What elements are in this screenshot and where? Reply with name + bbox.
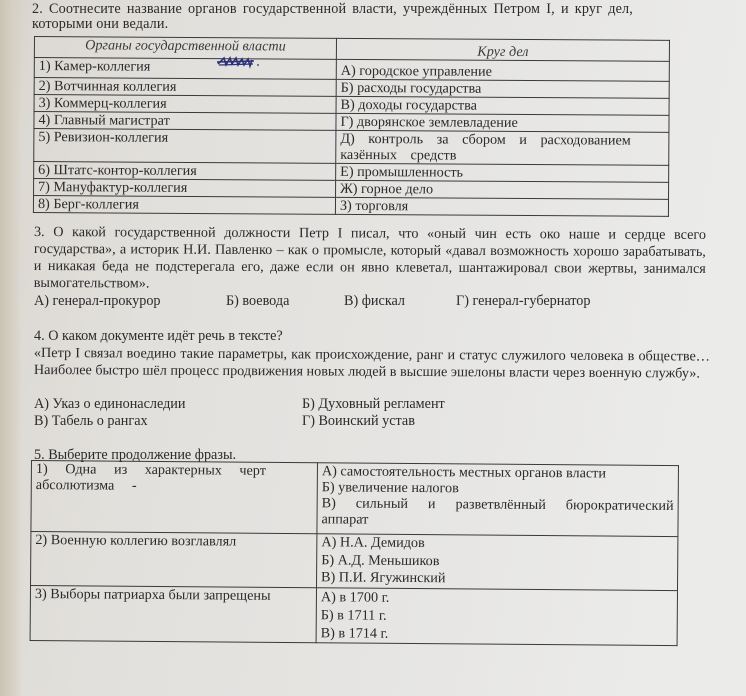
option-a[interactable]: А) генерал-прокурор bbox=[34, 293, 161, 310]
option-a[interactable]: А) Указ о единонаследии bbox=[34, 396, 185, 413]
organ-cell: 5) Ревизион-коллегия bbox=[34, 129, 336, 164]
option-a[interactable]: А) в 1700 г. bbox=[321, 588, 673, 609]
question-4-title: 4. О каком документе идёт речь в тексте? bbox=[34, 328, 283, 345]
question-2-title-line2: которыми они ведали. bbox=[32, 16, 696, 33]
organ-cell: 7) Мануфактур-коллегия bbox=[34, 179, 336, 198]
handwritten-scribble-icon bbox=[216, 55, 260, 69]
duty-cell: Д) контроль за сбором и расходованием ка… bbox=[336, 130, 669, 165]
option-g[interactable]: Г) Воинский устав bbox=[302, 413, 415, 430]
duty-cell: Г) дворянское землевладение bbox=[336, 113, 669, 132]
table-row: 1) Одна из характерных черт абсолютизма … bbox=[31, 461, 679, 537]
duty-cell: Е) промышленность bbox=[336, 163, 669, 182]
phrase-options: А) Н.А. Демидов Б) А.Д. Меньшиков В) П.И… bbox=[317, 534, 678, 590]
phrase-stem: 1) Одна из характерных черт абсолютизма … bbox=[31, 461, 318, 534]
phrase-options: А) самостоятельность местных органов вла… bbox=[317, 463, 679, 537]
question-4-quote: «Петр I связал воедино такие параметры, … bbox=[34, 345, 710, 383]
worksheet-page: 2. Соотнесите название органов государст… bbox=[0, 0, 746, 696]
option-v[interactable]: В) сильный и разветвлённый бюрократическ… bbox=[321, 495, 673, 530]
option-v[interactable]: В) П.И. Ягужинский bbox=[321, 569, 673, 589]
option-v[interactable]: В) в 1714 г. bbox=[321, 624, 673, 645]
table-row: 5) Ревизион-коллегия Д) контроль за сбор… bbox=[34, 129, 669, 166]
option-b[interactable]: Б) в 1711 г. bbox=[321, 606, 673, 627]
organ-cell: 6) Штатс-контор-коллегия bbox=[34, 162, 336, 181]
question-5-table: 1) Одна из характерных черт абсолютизма … bbox=[30, 460, 679, 646]
question-2-matching-table: Органы государственной власти Круг дел 1… bbox=[33, 36, 670, 217]
table-row: 3) Выборы патриарха были запрещены А) в … bbox=[30, 585, 677, 645]
duty-cell: В) доходы государства bbox=[336, 96, 669, 115]
duty-cell: Б) расходы государства bbox=[336, 79, 669, 98]
organ-cell: 4) Главный магистрат bbox=[34, 112, 336, 131]
option-b[interactable]: Б) воевода bbox=[226, 293, 289, 310]
question-2-title: 2. Соотнесите название органов государст… bbox=[32, 1, 696, 32]
option-v[interactable]: В) фискал bbox=[344, 293, 405, 310]
option-a[interactable]: А) Н.А. Демидов bbox=[321, 534, 673, 554]
table-row: 2) Военную коллегию возглавлял А) Н.А. Д… bbox=[31, 532, 678, 591]
option-g[interactable]: Г) генерал-губернатор bbox=[456, 293, 590, 310]
question-3-text: 3. О какой государственной должности Пет… bbox=[34, 224, 706, 295]
option-v[interactable]: В) Табель о рангах bbox=[34, 413, 148, 430]
duty-cell: А) городское управление bbox=[336, 59, 669, 81]
duty-cell: Ж) горное дело bbox=[336, 180, 669, 199]
phrase-stem: 3) Выборы патриарха были запрещены bbox=[30, 585, 316, 642]
option-b[interactable]: Б) Духовный регламент bbox=[302, 396, 445, 413]
organ-cell: 1) Камер-коллегия bbox=[34, 58, 336, 80]
organ-cell: 8) Берг-коллегия bbox=[33, 196, 335, 215]
table-header-duties: Круг дел bbox=[336, 38, 669, 61]
phrase-options: А) в 1700 г. Б) в 1711 г. В) в 1714 г. bbox=[316, 587, 677, 645]
table-header-organs: Органы государственной власти bbox=[34, 37, 336, 60]
duty-cell: З) торговля bbox=[335, 197, 668, 216]
table-row: 8) Берг-коллегия З) торговля bbox=[33, 196, 668, 217]
organ-cell: 3) Коммерц-коллегия bbox=[34, 95, 336, 114]
organ-cell: 2) Вотчинная коллегия bbox=[34, 78, 336, 97]
phrase-stem: 2) Военную коллегию возглавлял bbox=[31, 532, 317, 588]
